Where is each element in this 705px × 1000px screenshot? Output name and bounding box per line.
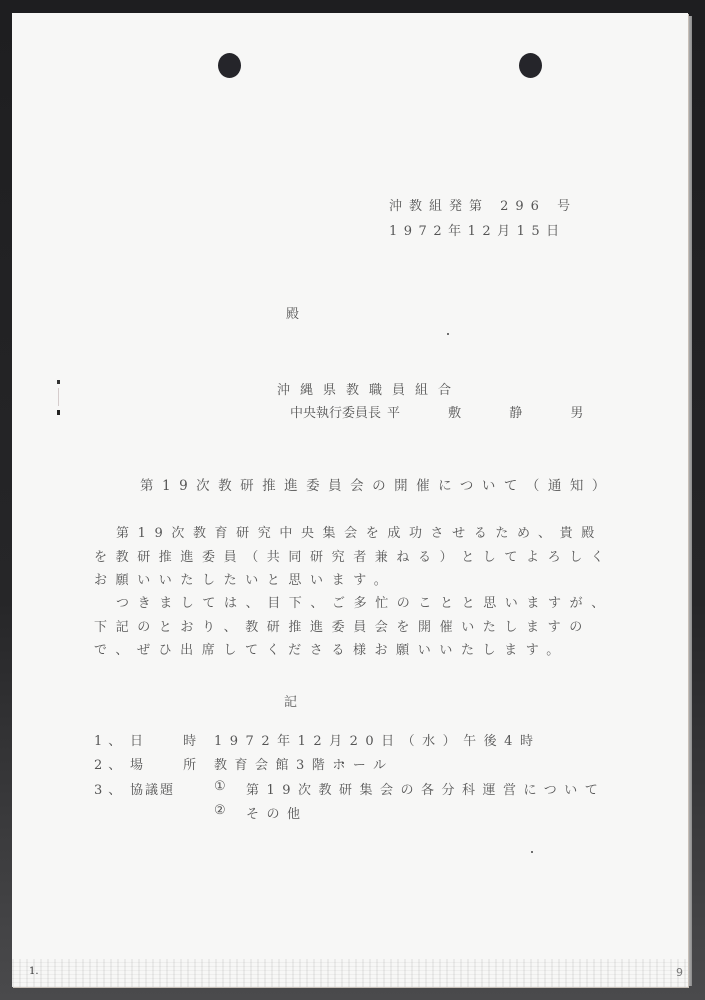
agenda-text: 第19次教研集会の各分科運営について: [246, 779, 605, 798]
agenda-marker: ②: [214, 803, 226, 818]
punch-hole-right: [519, 53, 542, 78]
document-date: 1972年12月15日: [389, 220, 566, 239]
item-number: 3、: [94, 779, 127, 798]
item-number: 2、: [94, 754, 127, 773]
item-value: 教育会館3階ホール: [214, 754, 394, 773]
agenda-marker: ①: [214, 779, 226, 794]
sender-name: 平 敷 静 男: [387, 406, 605, 421]
scan-noise: [12, 959, 688, 987]
sender-organization: 沖縄県教職員組合: [277, 379, 461, 398]
body-paragraph-1: 第19次教育研究中央集会を成功させるため、貴殿を教研推進委員（共同研究者兼ねる）…: [94, 522, 614, 593]
reference-number: 沖教組発第 296 号: [389, 195, 577, 214]
document-page: 沖教組発第 296 号 1972年12月15日 殿 沖縄県教職員組合 中央執行委…: [12, 13, 688, 987]
item-label: 場 所: [130, 754, 214, 773]
punch-hole-left: [218, 53, 241, 78]
body-paragraph-2: つきましては、目下、ご多忙のことと思いますが、下記のとおり、教研推進委員会を開催…: [94, 592, 614, 663]
addressee-suffix: 殿: [286, 303, 299, 322]
speck: [531, 851, 533, 853]
speck: [447, 333, 449, 335]
sender-block: 中央執行委員長平 敷 静 男: [290, 402, 605, 421]
page-number: 9: [676, 966, 683, 979]
sender-title: 中央執行委員長: [290, 406, 381, 421]
agenda-text: その他: [246, 803, 308, 822]
item-value: 1972年12月20日（水）午後4時: [214, 730, 540, 749]
page-edge: [688, 16, 692, 986]
item-label: 日 時: [130, 730, 214, 749]
document-title: 第19次教研推進委員会の開催について（通知）: [140, 474, 614, 494]
item-label: 協議題: [130, 779, 175, 798]
corner-mark: 1.: [29, 966, 39, 977]
speck: [342, 762, 344, 764]
item-number: 1、: [94, 730, 127, 749]
margin-mark: [57, 380, 60, 416]
ki-heading: 記: [284, 691, 297, 710]
